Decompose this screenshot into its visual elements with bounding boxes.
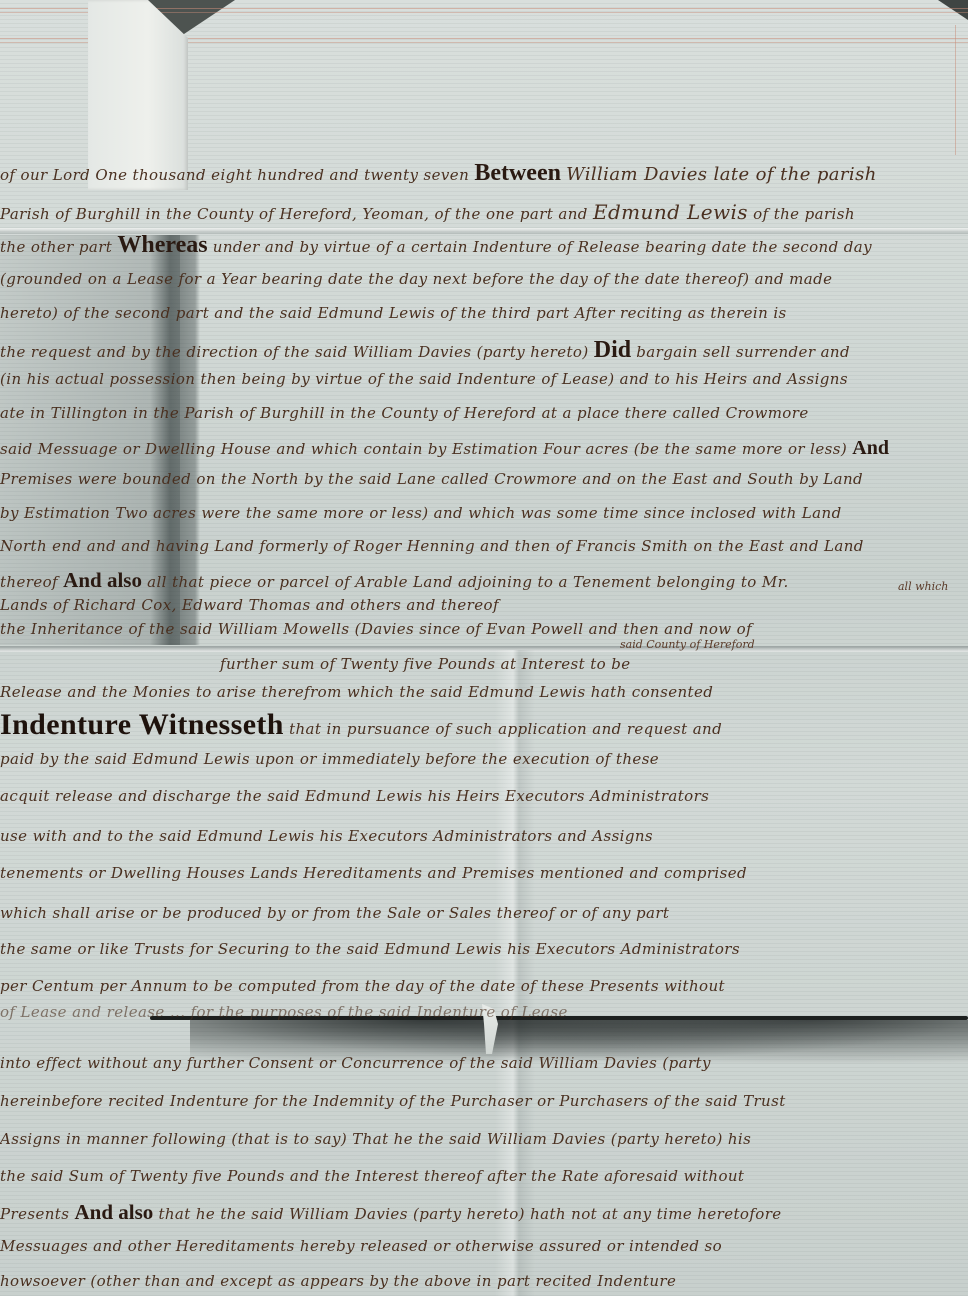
text-line: hereto) of the second part and the said … — [0, 304, 787, 322]
text-line: North end and and having Land formerly o… — [0, 537, 864, 555]
party-name: Edmund Lewis — [593, 200, 748, 224]
text-line: Lands of Richard Cox, Edward Thomas and … — [0, 596, 499, 614]
keyword-and-also: And also — [74, 1200, 153, 1224]
text-line: the request and by the direction of the … — [0, 337, 850, 364]
text-line: which shall arise or be produced by or f… — [0, 904, 669, 922]
text-line: tenements or Dwelling Houses Lands Hered… — [0, 864, 747, 882]
text-line: per Centum per Annum to be computed from… — [0, 977, 725, 995]
text-line: into effect without any further Consent … — [0, 1054, 711, 1072]
text-line: the said Sum of Twenty five Pounds and t… — [0, 1167, 744, 1185]
text-line: by Estimation Two acres were the same mo… — [0, 504, 842, 522]
text-line: thereof And also all that piece or parce… — [0, 568, 789, 593]
text-line: the same or like Trusts for Securing to … — [0, 940, 740, 958]
interlinear-note: said County of Hereford — [620, 638, 755, 651]
text-line: Parish of Burghill in the County of Here… — [0, 200, 855, 224]
text-line: (grounded on a Lease for a Year bearing … — [0, 270, 832, 288]
text-line: the Inheritance of the said William Mowe… — [0, 620, 752, 638]
ruled-right-margin — [955, 25, 956, 155]
text-line: Release and the Monies to arise therefro… — [0, 683, 713, 701]
text-line: paid by the said Edmund Lewis upon or im… — [0, 750, 659, 768]
text-line: of our Lord One thousand eight hundred a… — [0, 160, 877, 187]
keyword-and: And — [852, 437, 889, 459]
text-line: Assigns in manner following (that is to … — [0, 1130, 751, 1148]
text-line: hereinbefore recited Indenture for the I… — [0, 1092, 786, 1110]
text-line: (in his actual possession then being by … — [0, 370, 848, 388]
text-line: use with and to the said Edmund Lewis hi… — [0, 827, 653, 845]
text-line: acquit release and discharge the said Ed… — [0, 787, 709, 805]
heading-indenture-witnesseth: Indenture Witnesseth — [0, 708, 284, 741]
keyword-and-also: And also — [63, 568, 142, 592]
fold-line-middle — [0, 646, 968, 652]
text-line: Messuages and other Hereditaments hereby… — [0, 1237, 722, 1255]
text-line-obscured: of Lease and release ... for the purpose… — [0, 1003, 568, 1021]
text-line: Premises were bounded on the North by th… — [0, 470, 863, 488]
text-line: further sum of Twenty five Pounds at Int… — [220, 655, 631, 673]
text-line: howsoever (other than and except as appe… — [0, 1272, 676, 1290]
keyword-whereas: Whereas — [117, 232, 207, 258]
keyword-did: Did — [594, 337, 631, 363]
text-line: Presents And also that he the said Willi… — [0, 1200, 782, 1225]
text-line: ate in Tillington in the Parish of Burgh… — [0, 404, 809, 422]
margin-note: all which — [898, 580, 948, 593]
text-line: Indenture Witnesseth that in pursuance o… — [0, 708, 722, 742]
text-line: said Messuage or Dwelling House and whic… — [0, 437, 889, 460]
keyword-between: Between — [474, 160, 561, 186]
text-line: the other part Whereas under and by virt… — [0, 232, 872, 259]
